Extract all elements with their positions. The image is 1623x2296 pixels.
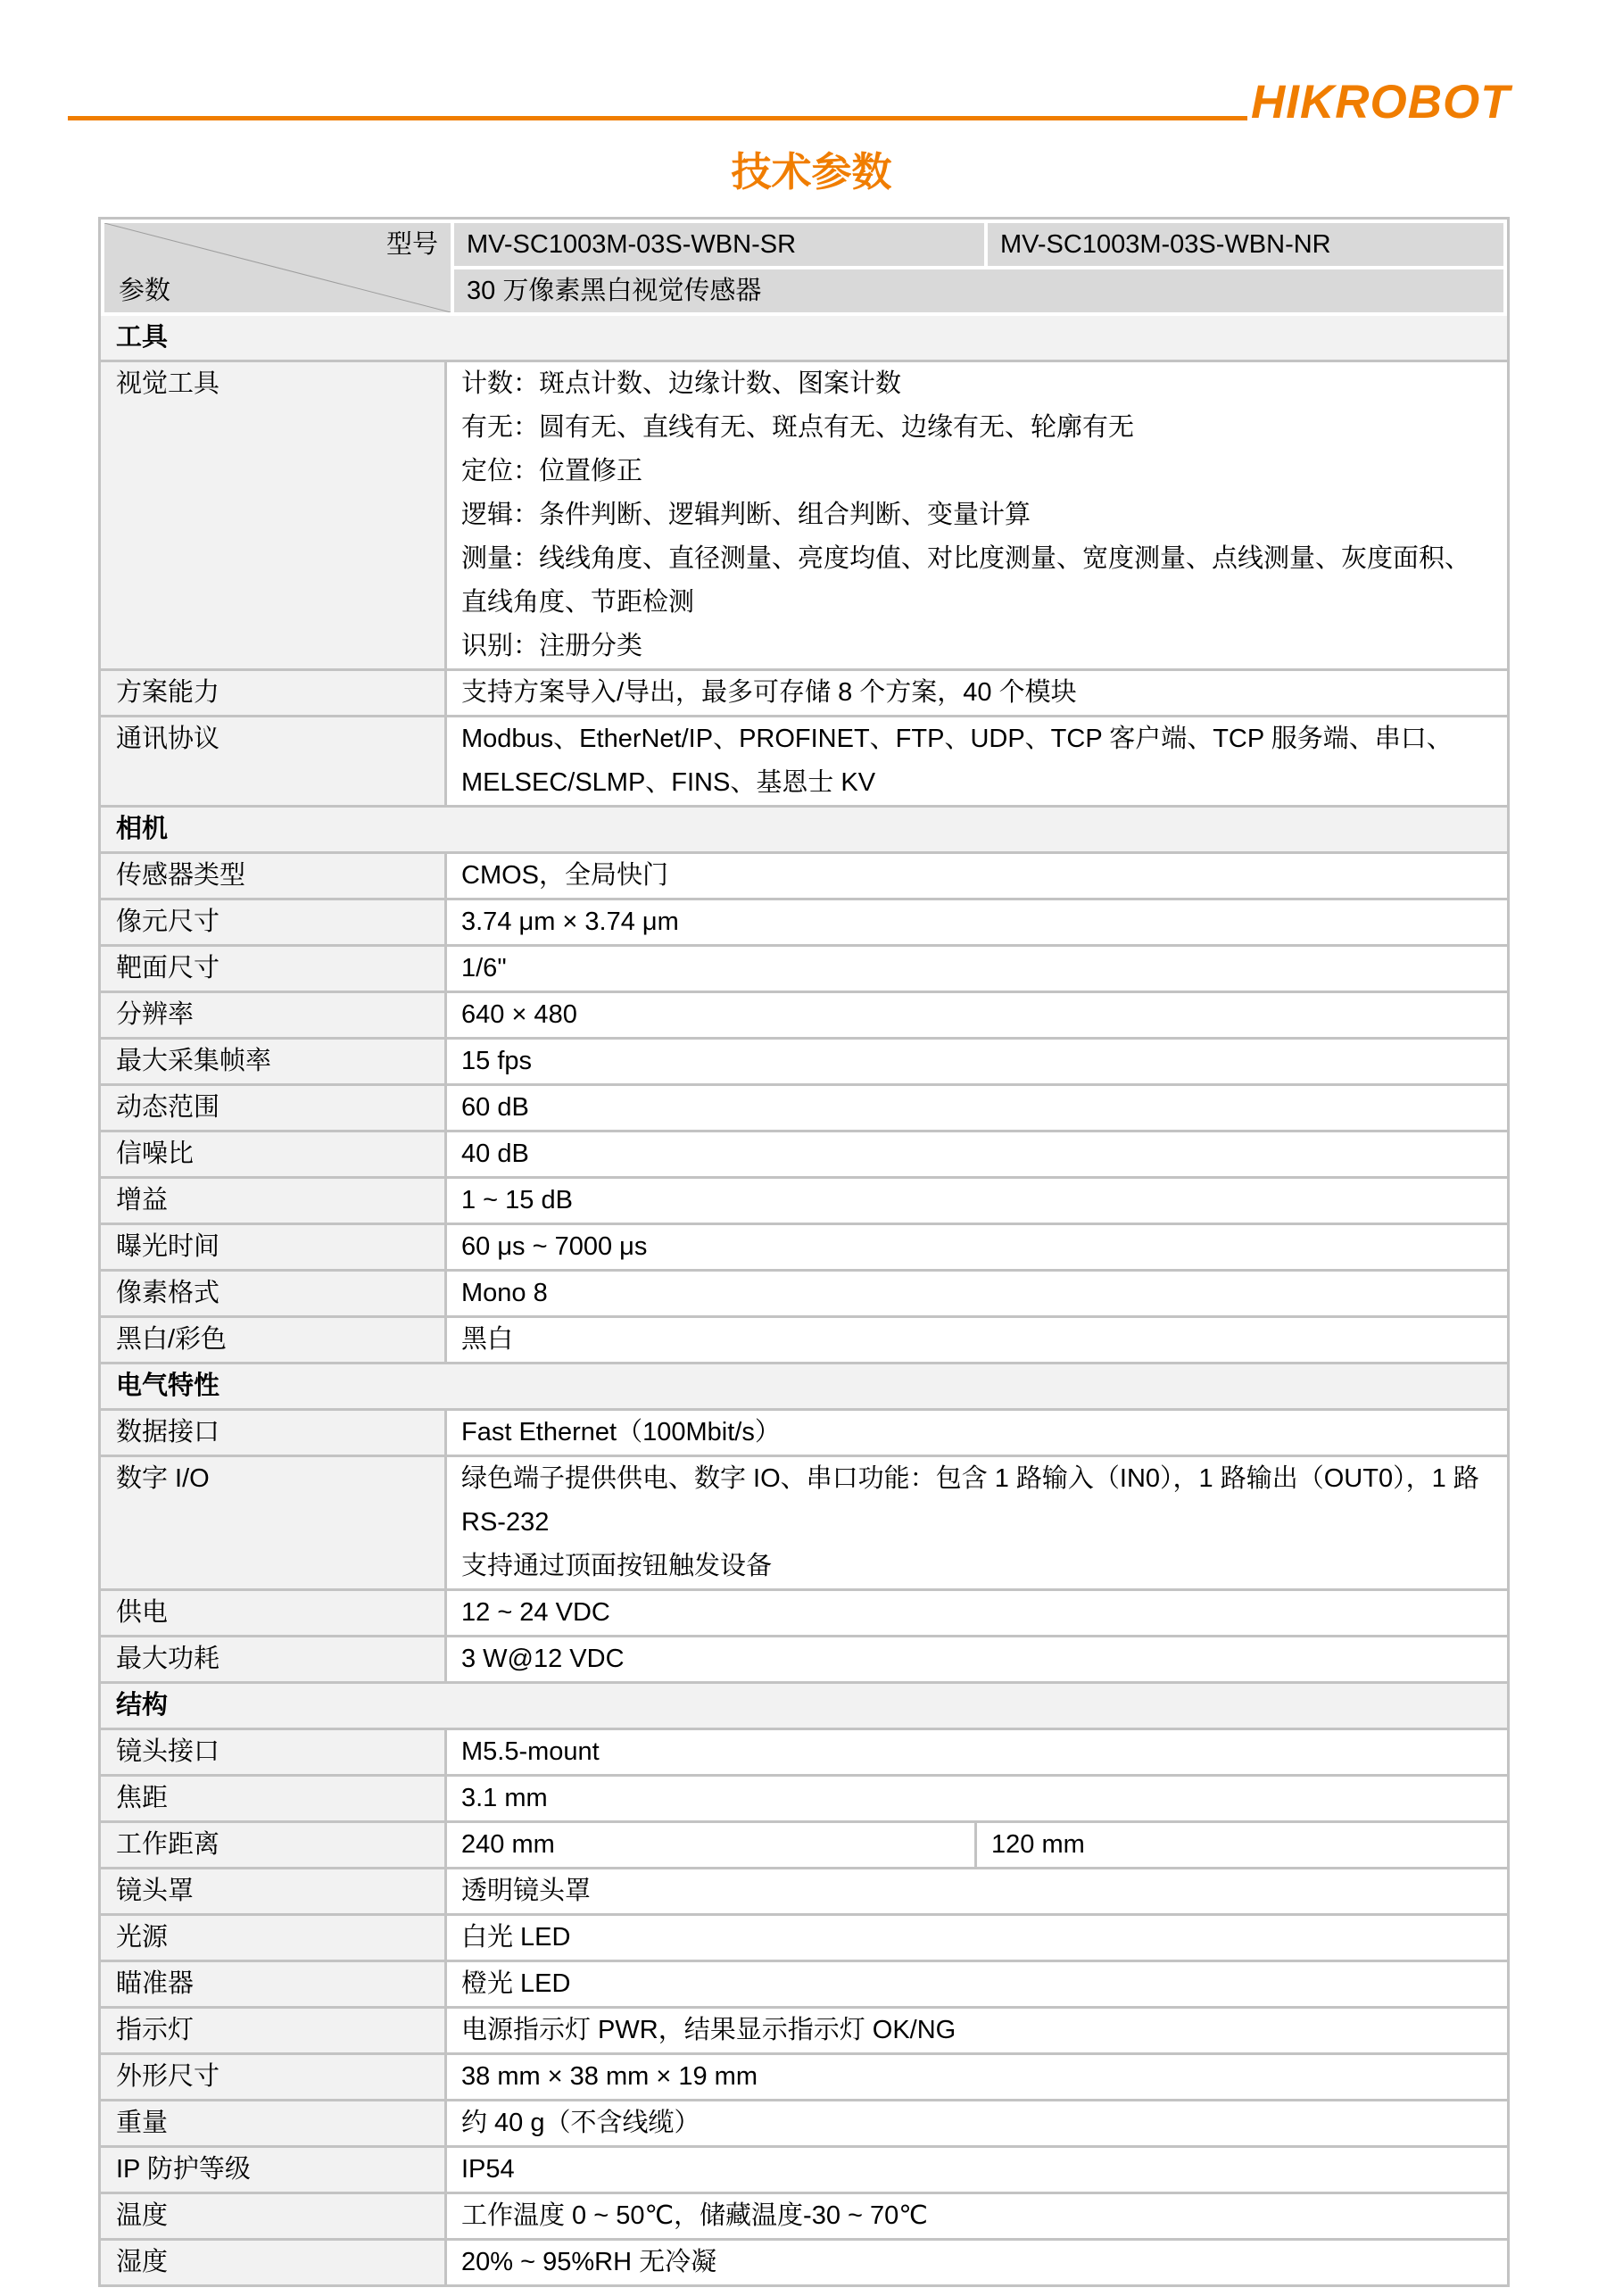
value-line: 识别：注册分类 [461,625,1493,668]
spec-value: 20% ~ 95%RH 无冷凝 [447,2241,1507,2284]
value-line: Mono 8 [461,1272,1493,1315]
spec-label: 焦距 [101,1777,447,1820]
spec-row: 指示灯电源指示灯 PWR，结果显示指示灯 OK/NG [101,2006,1507,2052]
spec-value: 工作温度 0 ~ 50℃，储藏温度-30 ~ 70℃ [447,2194,1507,2238]
section-row: 电气特性 [101,1362,1507,1408]
spec-row: 信噪比40 dB [101,1130,1507,1176]
spec-label: 信噪比 [101,1132,447,1176]
value-line: 12 ~ 24 VDC [461,1591,1493,1635]
value-line: 测量：线线角度、直径测量、亮度均值、对比度测量、宽度测量、点线测量、灰度面积、直… [461,537,1493,625]
spec-label: 重量 [101,2101,447,2145]
value-line: 黑白 [461,1318,1493,1362]
value-line: CMOS，全局快门 [461,854,1493,898]
section-row: 工具 [101,316,1507,360]
spec-row: 瞄准器橙光 LED [101,1960,1507,2006]
spec-value: 12 ~ 24 VDC [447,1591,1507,1635]
spec-row: 动态范围60 dB [101,1083,1507,1130]
spec-row: 像素格式Mono 8 [101,1269,1507,1315]
spec-row: 最大采集帧率15 fps [101,1037,1507,1083]
spec-label: 工作距离 [101,1823,447,1867]
spec-label: 靶面尺寸 [101,947,447,991]
spec-value: 38 mm × 38 mm × 19 mm [447,2055,1507,2099]
value-line: Modbus、EtherNet/IP、PROFINET、FTP、UDP、TCP … [461,717,1493,805]
value-line: 定位：位置修正 [461,450,1493,493]
spec-value: 约 40 g（不含线缆） [447,2101,1507,2145]
spec-value: 640 × 480 [447,993,1507,1037]
spec-row: 增益1 ~ 15 dB [101,1176,1507,1223]
section-title: 结构 [116,1684,168,1728]
spec-label: 动态范围 [101,1086,447,1130]
value-line: 3.1 mm [461,1777,1493,1820]
table-body: 工具视觉工具计数：斑点计数、边缘计数、图案计数有无：圆有无、直线有无、斑点有无、… [101,316,1507,2284]
spec-label: 通讯协议 [101,717,447,805]
spec-row: 像元尺寸3.74 μm × 3.74 μm [101,898,1507,944]
value-line: 3 W@12 VDC [461,1637,1493,1681]
value-line: 有无：圆有无、直线有无、斑点有无、边缘有无、轮廓有无 [461,406,1493,450]
spec-row: 湿度20% ~ 95%RH 无冷凝 [101,2238,1507,2284]
value-line: 计数：斑点计数、边缘计数、图案计数 [461,362,1493,406]
value-line: 640 × 480 [461,993,1493,1037]
spec-label: 镜头罩 [101,1869,447,1913]
value-line: 工作温度 0 ~ 50℃，储藏温度-30 ~ 70℃ [461,2194,1493,2238]
spec-value: 1 ~ 15 dB [447,1179,1507,1223]
spec-row: 供电12 ~ 24 VDC [101,1588,1507,1635]
spec-label: 曝光时间 [101,1225,447,1269]
value-line: 绿色端子提供供电、数字 IO、串口功能：包含 1 路输入（IN0），1 路输出（… [461,1457,1493,1545]
spec-label: 像素格式 [101,1272,447,1315]
spec-row: 光源白光 LED [101,1913,1507,1960]
spec-label: 像元尺寸 [101,900,447,944]
spec-value: Modbus、EtherNet/IP、PROFINET、FTP、UDP、TCP … [447,717,1507,805]
model-cell-2: MV-SC1003M-03S-WBN-NR [988,223,1503,266]
corner-cell: 型号 参数 [104,223,451,312]
spec-row: 数据接口Fast Ethernet（100Mbit/s） [101,1408,1507,1455]
spec-row: 外形尺寸38 mm × 38 mm × 19 mm [101,2052,1507,2099]
value-line: IP54 [461,2148,1493,2192]
spec-label: 增益 [101,1179,447,1223]
spec-label: 传感器类型 [101,854,447,898]
spec-label: 方案能力 [101,671,447,715]
spec-value: CMOS，全局快门 [447,854,1507,898]
spec-label: 瞄准器 [101,1962,447,2006]
value-line: 60 μs ~ 7000 μs [461,1225,1493,1269]
spec-value: 绿色端子提供供电、数字 IO、串口功能：包含 1 路输入（IN0），1 路输出（… [447,1457,1507,1588]
value-line: 240 mm [461,1823,960,1867]
spec-value: 橙光 LED [447,1962,1507,2006]
spec-value: 透明镜头罩 [447,1869,1507,1913]
value-line: 电源指示灯 PWR，结果显示指示灯 OK/NG [461,2009,1493,2052]
model-header-label: 型号 [386,225,438,264]
datasheet-page: HIKROBOT 技术参数 型号 参数 MV-SC1003M-03S-WBN-S… [0,0,1623,2296]
spec-value: 白光 LED [447,1916,1507,1960]
spec-label: 分辨率 [101,993,447,1037]
spec-label: 光源 [101,1916,447,1960]
spec-value: 支持方案导入/导出，最多可存储 8 个方案，40 个模块 [447,671,1507,715]
value-line: M5.5-mount [461,1730,1493,1774]
spec-row: 分辨率640 × 480 [101,991,1507,1037]
spec-row: 焦距3.1 mm [101,1774,1507,1820]
value-line: 约 40 g（不含线缆） [461,2101,1493,2145]
spec-value: 60 μs ~ 7000 μs [447,1225,1507,1269]
spec-value: 3 W@12 VDC [447,1637,1507,1681]
value-line: 白光 LED [461,1916,1493,1960]
spec-value: 1/6" [447,947,1507,991]
value-line: 1/6" [461,947,1493,991]
spec-value: 120 mm [977,1823,1507,1867]
value-line: 透明镜头罩 [461,1869,1493,1913]
spec-value: 黑白 [447,1318,1507,1362]
spec-row: 通讯协议Modbus、EtherNet/IP、PROFINET、FTP、UDP、… [101,715,1507,805]
spec-row: 最大功耗3 W@12 VDC [101,1635,1507,1681]
spec-label: 温度 [101,2194,447,2238]
value-line: 逻辑：条件判断、逻辑判断、组合判断、变量计算 [461,493,1493,537]
spec-value: M5.5-mount [447,1730,1507,1774]
value-line: 3.74 μm × 3.74 μm [461,900,1493,944]
spec-table: 型号 参数 MV-SC1003M-03S-WBN-SR MV-SC1003M-0… [98,217,1510,2287]
spec-value: 电源指示灯 PWR，结果显示指示灯 OK/NG [447,2009,1507,2052]
spec-label: 指示灯 [101,2009,447,2052]
section-title: 电气特性 [116,1364,219,1408]
spec-row: 工作距离240 mm120 mm [101,1820,1507,1867]
spec-value: Fast Ethernet（100Mbit/s） [447,1411,1507,1455]
spec-label: 最大功耗 [101,1637,447,1681]
value-line: 1 ~ 15 dB [461,1179,1493,1223]
value-line: 支持通过顶面按钮触发设备 [461,1545,1493,1588]
spec-row: IP 防护等级IP54 [101,2145,1507,2192]
table-header: 型号 参数 MV-SC1003M-03S-WBN-SR MV-SC1003M-0… [101,220,1507,316]
section-title: 相机 [116,808,168,851]
spec-row: 数字 I/O绿色端子提供供电、数字 IO、串口功能：包含 1 路输入（IN0），… [101,1455,1507,1588]
spec-value: 计数：斑点计数、边缘计数、图案计数有无：圆有无、直线有无、斑点有无、边缘有无、轮… [447,362,1507,668]
value-line: 15 fps [461,1040,1493,1083]
spec-label: 供电 [101,1591,447,1635]
spec-value: 3.74 μm × 3.74 μm [447,900,1507,944]
spec-label: 镜头接口 [101,1730,447,1774]
spec-label: 最大采集帧率 [101,1040,447,1083]
spec-label: 黑白/彩色 [101,1318,447,1362]
value-line: 20% ~ 95%RH 无冷凝 [461,2241,1493,2284]
spec-value: Mono 8 [447,1272,1507,1315]
page-title: 技术参数 [0,139,1623,197]
spec-value: IP54 [447,2148,1507,2192]
value-line: 60 dB [461,1086,1493,1130]
value-line: Fast Ethernet（100Mbit/s） [461,1411,1493,1455]
value-line: 橙光 LED [461,1962,1493,2006]
spec-value: 240 mm [447,1823,977,1867]
hikrobot-logo: HIKROBOT [1251,75,1511,129]
spec-row: 镜头接口M5.5-mount [101,1728,1507,1774]
spec-row: 靶面尺寸1/6" [101,944,1507,991]
model-description-cell: 30 万像素黑白视觉传感器 [454,269,1503,312]
section-row: 相机 [101,805,1507,851]
spec-row: 温度工作温度 0 ~ 50℃，储藏温度-30 ~ 70℃ [101,2192,1507,2238]
value-line: 38 mm × 38 mm × 19 mm [461,2055,1493,2099]
model-cell-1: MV-SC1003M-03S-WBN-SR [454,223,984,266]
spec-row: 重量约 40 g（不含线缆） [101,2099,1507,2145]
spec-row: 镜头罩透明镜头罩 [101,1867,1507,1913]
section-row: 结构 [101,1681,1507,1728]
spec-row: 视觉工具计数：斑点计数、边缘计数、图案计数有无：圆有无、直线有无、斑点有无、边缘… [101,360,1507,668]
spec-label: 数字 I/O [101,1457,447,1588]
param-header-label: 参数 [119,271,170,311]
spec-row: 黑白/彩色黑白 [101,1315,1507,1362]
spec-row: 方案能力支持方案导入/导出，最多可存储 8 个方案，40 个模块 [101,668,1507,715]
spec-label: 视觉工具 [101,362,447,668]
value-line: 120 mm [991,1823,1493,1867]
spec-value: 15 fps [447,1040,1507,1083]
spec-label: IP 防护等级 [101,2148,447,2192]
header-rule [68,116,1247,120]
value-line: 支持方案导入/导出，最多可存储 8 个方案，40 个模块 [461,671,1493,715]
spec-label: 湿度 [101,2241,447,2284]
spec-label: 数据接口 [101,1411,447,1455]
spec-row: 传感器类型CMOS，全局快门 [101,851,1507,898]
section-title: 工具 [116,316,168,360]
spec-label: 外形尺寸 [101,2055,447,2099]
spec-value: 3.1 mm [447,1777,1507,1820]
spec-value: 60 dB [447,1086,1507,1130]
spec-value: 40 dB [447,1132,1507,1176]
value-line: 40 dB [461,1132,1493,1176]
spec-row: 曝光时间60 μs ~ 7000 μs [101,1223,1507,1269]
